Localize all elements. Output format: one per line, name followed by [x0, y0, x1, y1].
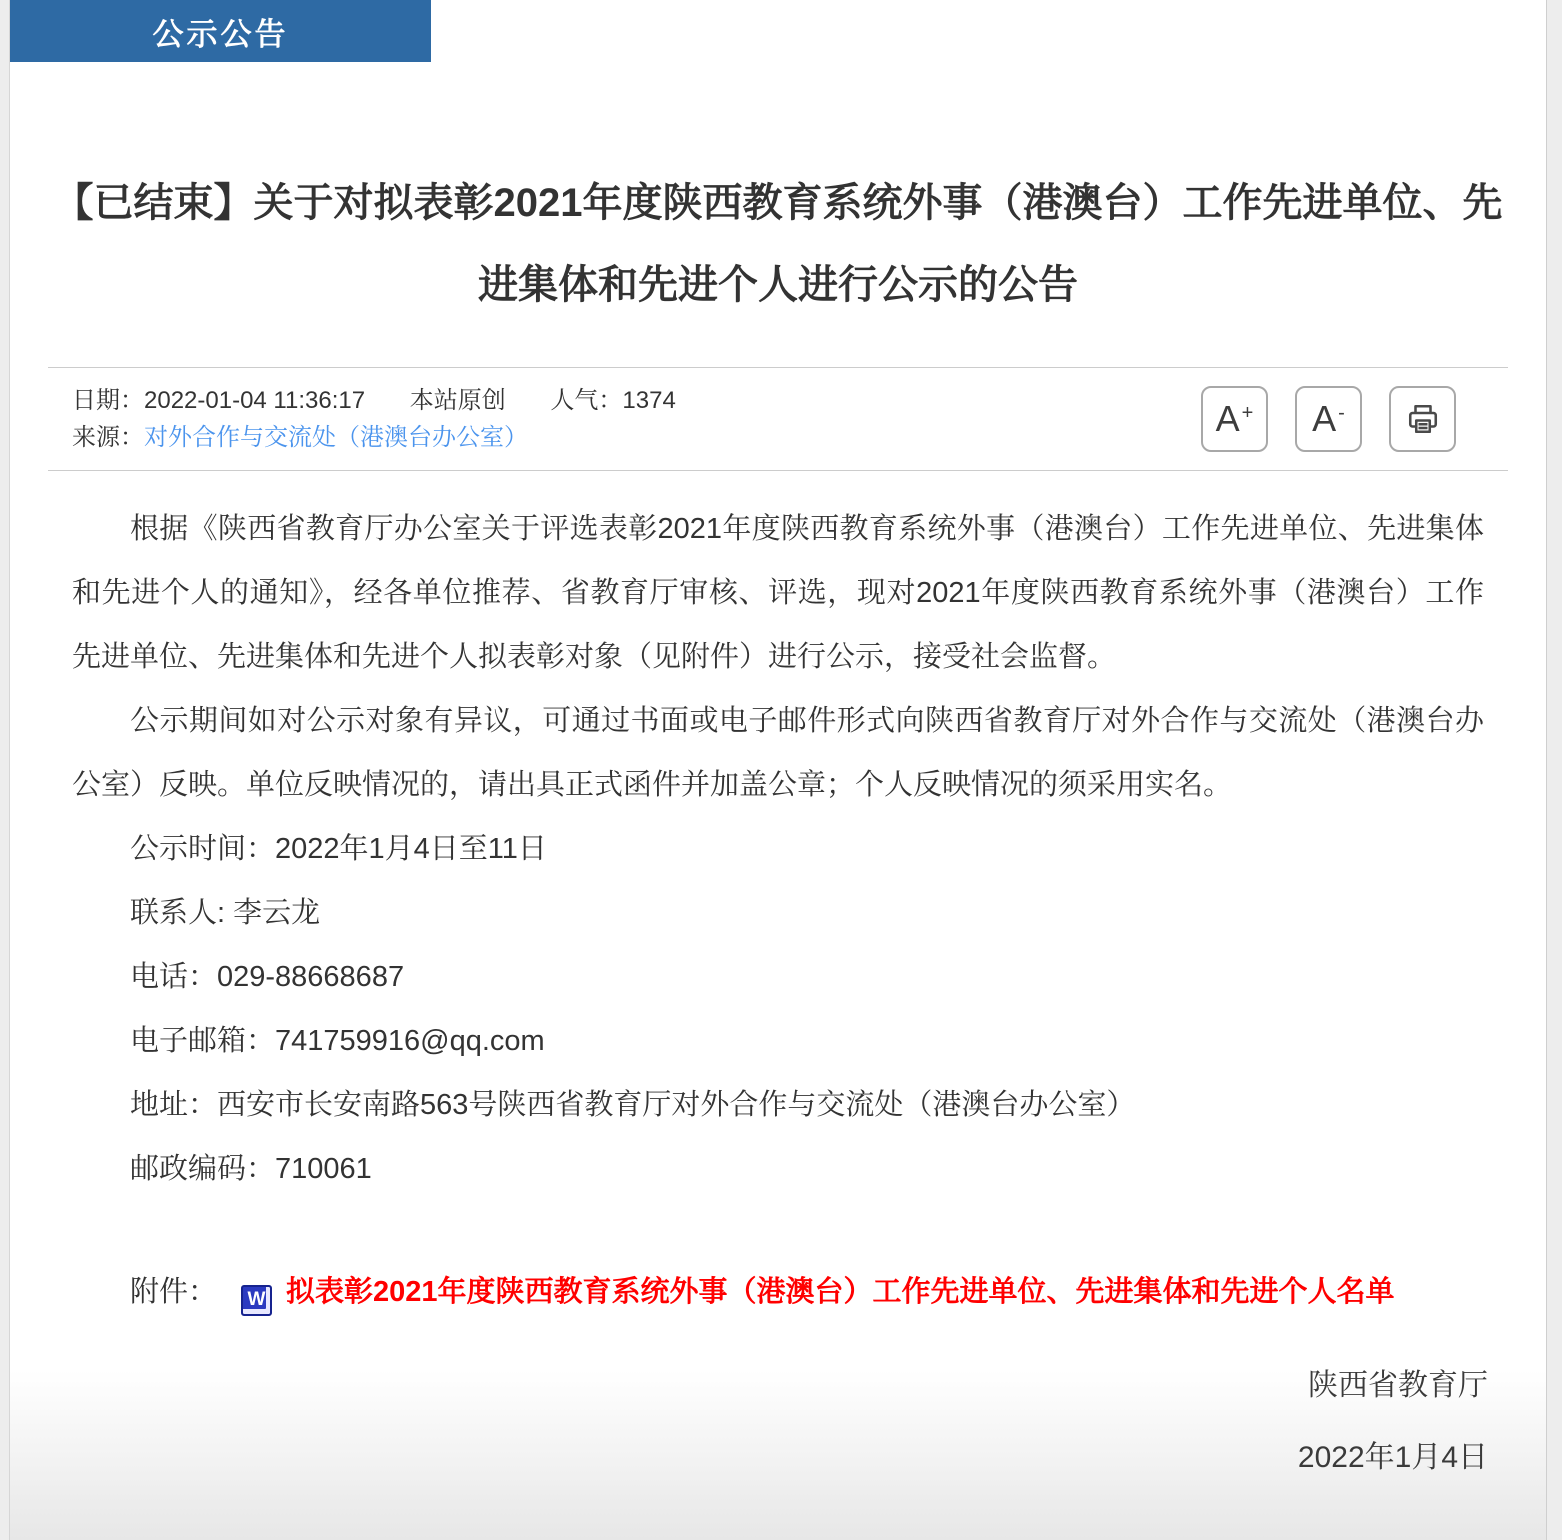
- font-increase-label: A: [1216, 401, 1240, 437]
- meta-row-source: 来源：对外合作与交流处（港澳台办公室）: [72, 419, 676, 456]
- attachment-row: 附件：W拟表彰2021年度陕西教育系统外事（港澳台）工作先进单位、先进集体和先进…: [72, 1257, 1484, 1327]
- body-paragraph: 联系人: 李云龙: [72, 881, 1484, 945]
- printer-icon: [1404, 401, 1442, 437]
- attachment-link[interactable]: 拟表彰2021年度陕西教育系统外事（港澳台）工作先进单位、先进集体和先进个人名单: [286, 1276, 1395, 1308]
- body-paragraph: 公示期间如对公示对象有异议，可通过书面或电子邮件形式向陕西省教育厅对外合作与交流…: [72, 689, 1484, 817]
- article-body: 根据《陕西省教育厅办公室关于评选表彰2021年度陕西教育系统外事（港澳台）工作先…: [72, 497, 1484, 1201]
- meta-source-label: 来源：: [72, 424, 144, 451]
- meta-row-date: 日期：2022-01-04 11:36:17 本站原创 人气：1374: [72, 382, 676, 419]
- page-title: 【已结束】关于对拟表彰2021年度陕西教育系统外事（港澳台）工作先进单位、先进集…: [50, 162, 1506, 326]
- body-paragraph: 电话：029-88668687: [72, 945, 1484, 1009]
- footer-organization: 陕西省教育厅: [10, 1365, 1488, 1407]
- article-footer: 陕西省教育厅 2022年1月4日: [10, 1365, 1546, 1479]
- body-paragraph: 地址：西安市长安南路563号陕西省教育厅对外合作与交流处（港澳台办公室）: [72, 1073, 1484, 1137]
- page-card: 公示公告 【已结束】关于对拟表彰2021年度陕西教育系统外事（港澳台）工作先进单…: [9, 0, 1547, 1540]
- article-meta: 日期：2022-01-04 11:36:17 本站原创 人气：1374 来源：对…: [72, 382, 676, 456]
- meta-views: 人气：1374: [550, 387, 675, 414]
- article-meta-bar: 日期：2022-01-04 11:36:17 本站原创 人气：1374 来源：对…: [48, 367, 1508, 471]
- body-paragraph: 公示时间：2022年1月4日至11日: [72, 817, 1484, 881]
- font-decrease-label: A: [1312, 401, 1336, 437]
- meta-date-label: 日期：: [72, 387, 144, 414]
- minus-icon: -: [1338, 403, 1345, 423]
- attachment-label: 附件：: [130, 1276, 217, 1308]
- word-file-icon[interactable]: W: [241, 1285, 272, 1316]
- body-paragraph: 电子邮箱：741759916@qq.com: [72, 1009, 1484, 1073]
- body-paragraph: 根据《陕西省教育厅办公室关于评选表彰2021年度陕西教育系统外事（港澳台）工作先…: [72, 497, 1484, 689]
- meta-views-value: 1374: [622, 387, 675, 414]
- font-decrease-button[interactable]: A-: [1295, 386, 1362, 452]
- meta-date-value: 2022-01-04 11:36:17: [144, 387, 365, 414]
- font-print-toolbar: A+ A-: [1201, 386, 1496, 452]
- meta-views-label: 人气：: [550, 387, 622, 414]
- meta-origin: 本站原创: [410, 387, 506, 414]
- plus-icon: +: [1242, 403, 1254, 423]
- print-button[interactable]: [1389, 386, 1456, 452]
- footer-date: 2022年1月4日: [10, 1437, 1488, 1479]
- section-header-announcements[interactable]: 公示公告: [10, 0, 431, 62]
- font-increase-button[interactable]: A+: [1201, 386, 1268, 452]
- body-paragraph: 邮政编码：710061: [72, 1137, 1484, 1201]
- meta-date: 日期：2022-01-04 11:36:17: [72, 387, 365, 414]
- meta-source-link[interactable]: 对外合作与交流处（港澳台办公室）: [144, 424, 528, 451]
